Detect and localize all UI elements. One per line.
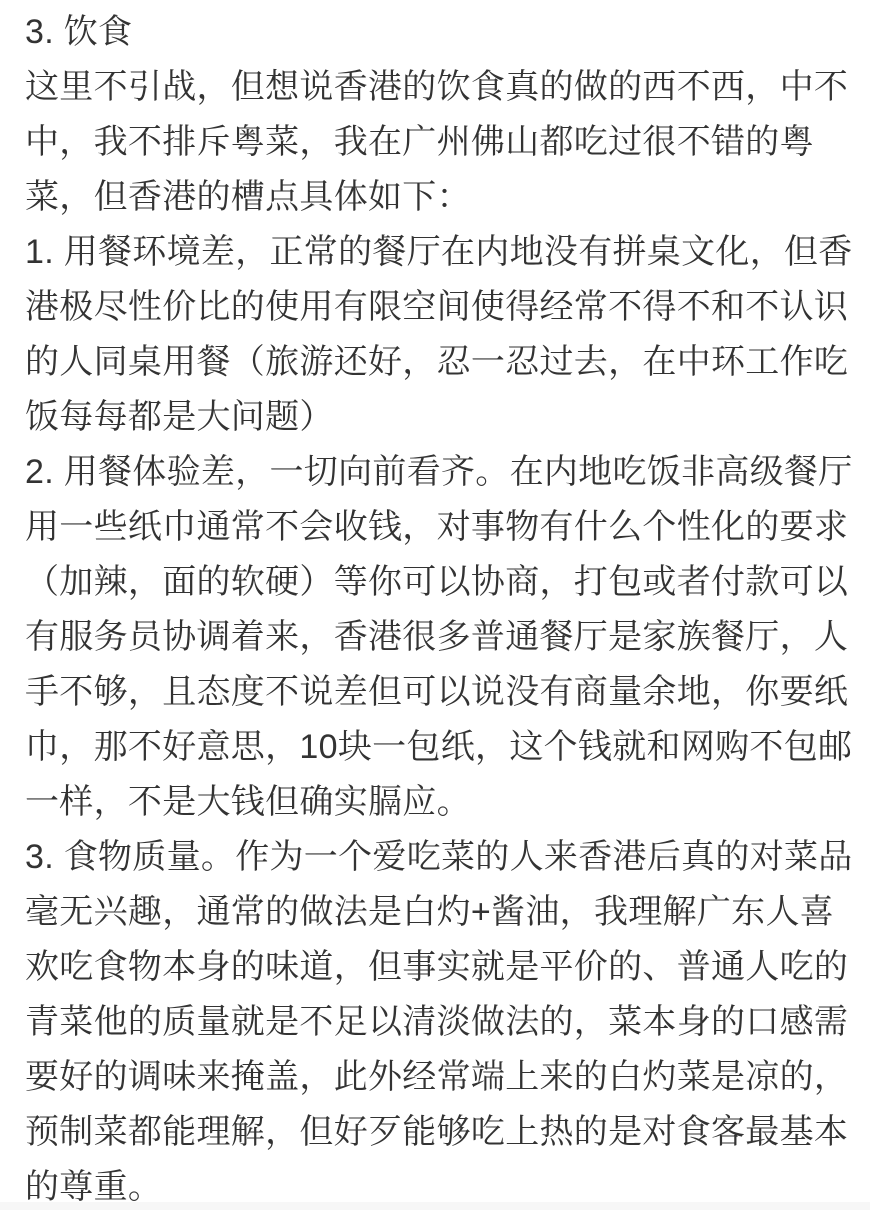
text-line: 要好的调味来掩盖，此外经常端上来的白灼菜是凉的， [25,1050,846,1105]
text-line: 这里不引战，但想说香港的饮食真的做的西不西，中不 [25,60,846,115]
text-line: 1. 用餐环境差，正常的餐厅在内地没有拼桌文化，但香 [25,225,846,280]
bottom-edge-shade [0,1202,870,1210]
section-heading: 3. 饮食 [25,5,846,60]
text-line: 青菜他的质量就是不足以清淡做法的，菜本身的口感需 [25,995,846,1050]
text-line: 2. 用餐体验差，一切向前看齐。在内地吃饭非高级餐厅 [25,445,846,500]
text-line: 中，我不排斥粤菜，我在广州佛山都吃过很不错的粤 [25,115,846,170]
text-line: 3. 食物质量。作为一个爱吃菜的人来香港后真的对菜品 [25,830,846,885]
text-line: 菜，但香港的槽点具体如下： [25,170,846,225]
text-line: 饭每每都是大问题） [25,390,846,445]
text-line: 毫无兴趣，通常的做法是白灼+酱油，我理解广东人喜 [25,885,846,940]
text-line: 有服务员协调着来，香港很多普通餐厅是家族餐厅，人 [25,610,846,665]
text-line: （加辣，面的软硬）等你可以协商，打包或者付款可以 [25,555,846,610]
text-line: 预制菜都能理解，但好歹能够吃上热的是对食客最基本 [25,1105,846,1160]
text-line: 欢吃食物本身的味道，但事实就是平价的、普通人吃的 [25,940,846,995]
text-line: 的人同桌用餐（旅游还好，忍一忍过去，在中环工作吃 [25,335,846,390]
text-line: 一样，不是大钱但确实膈应。 [25,775,846,830]
text-line: 巾，那不好意思，10块一包纸，这个钱就和网购不包邮 [25,720,846,775]
text-line: 港极尽性价比的使用有限空间使得经常不得不和不认识 [25,280,846,335]
text-line: 手不够，且态度不说差但可以说没有商量余地，你要纸 [25,665,846,720]
post-body: 3. 饮食 这里不引战，但想说香港的饮食真的做的西不西，中不 中，我不排斥粤菜，… [0,0,870,1210]
text-line: 用一些纸巾通常不会收钱，对事物有什么个性化的要求 [25,500,846,555]
